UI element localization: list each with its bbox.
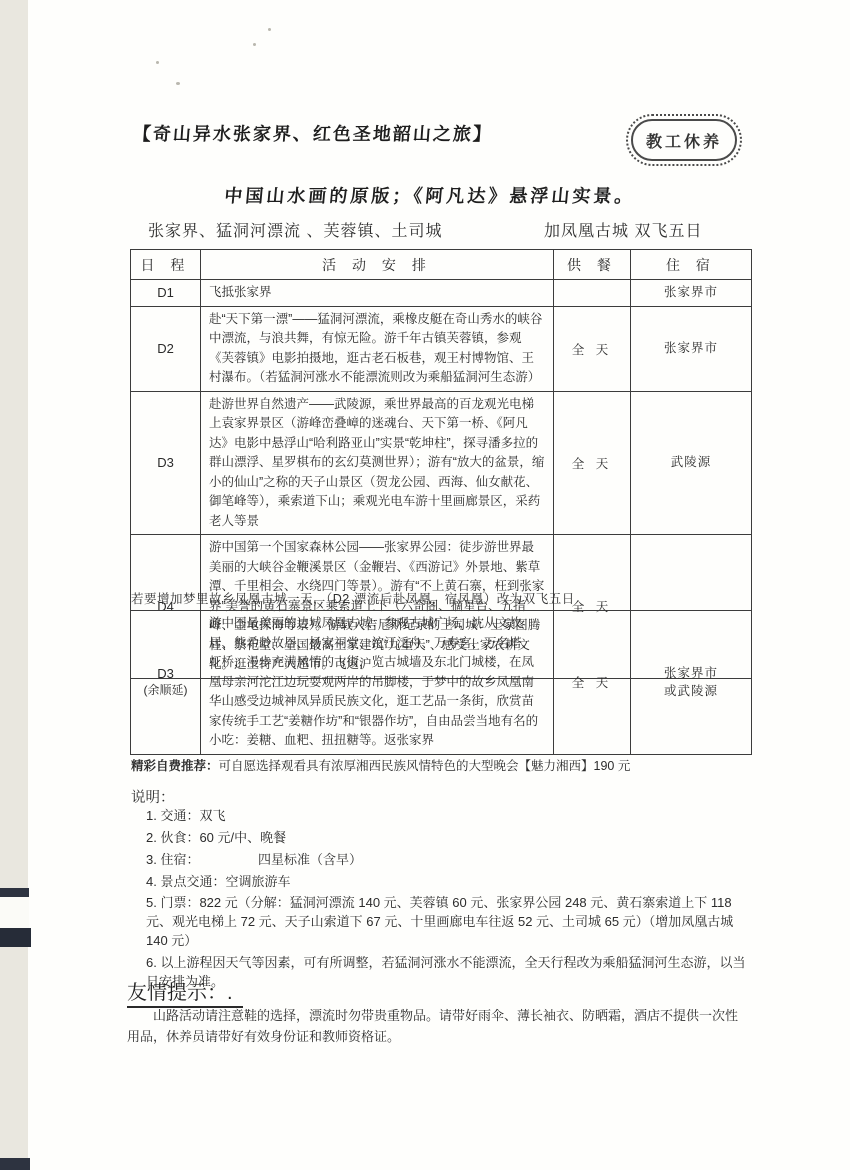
lodging-line: 张家界市 bbox=[664, 666, 718, 680]
route-summary-right: 加凤凰古城 双飞五日 bbox=[544, 218, 702, 241]
remark-item: 3. 住宿： 四星标准（含早） bbox=[146, 851, 754, 870]
scan-speck bbox=[156, 61, 159, 64]
extension-note: 若要增加梦里故乡凤凰古城一天，（D2 漂流后赴凤凰，宿凤凰）改为双飞五日 bbox=[131, 589, 575, 607]
tips-body: 山路活动请注意鞋的选择，漂流时勿带贵重物品。请带好雨伞、薄长袖衣、防晒霜，酒店不… bbox=[127, 1006, 745, 1048]
activity-cell: 飞抵张家界 bbox=[201, 280, 554, 307]
staff-retreat-stamp: 教工休养 bbox=[626, 114, 742, 166]
remark-item: 1. 交通：双飞 bbox=[146, 807, 754, 826]
optional-activity-text: 可自愿选择观看具有浓厚湘西民族风情特色的大型晚会【魅力湘西】190 元 bbox=[219, 759, 631, 773]
document-title: 【奇山异水张家界、红色圣地韶山之旅】 bbox=[132, 120, 494, 146]
table-row: D3 赴游世界自然遗产——武陵源，乘世界最高的百龙观光电梯上袁家界景区（游峰峦叠… bbox=[131, 391, 752, 535]
scan-artifact-band bbox=[0, 1158, 30, 1170]
day-cell: D3 (余顺延) bbox=[131, 611, 201, 755]
lodging-line: 或武陵源 bbox=[664, 684, 718, 698]
lodging-cell: 张家界市 bbox=[631, 306, 752, 391]
meals-cell bbox=[554, 280, 631, 307]
scan-artifact-band bbox=[0, 888, 29, 897]
route-summary-left: 张家界、猛洞河漂流 、芙蓉镇、土司城 bbox=[148, 218, 442, 241]
meals-cell: 全 天 bbox=[554, 306, 631, 391]
table-row: D1 飞抵张家界 张家界市 bbox=[131, 280, 752, 307]
activity-cell: 游中国最美丽的边城凤凰古城：参观古城广场，沈从文故居、熊希龄故居、杨家祠堂、沱江… bbox=[201, 611, 554, 755]
day-cell: D1 bbox=[131, 280, 201, 307]
lodging-cell: 张家界市 bbox=[631, 280, 752, 307]
day-cell: D2 bbox=[131, 306, 201, 391]
scanned-document-page: 【奇山异水张家界、红色圣地韶山之旅】 教工休养 中国山水画的原版；《阿凡达》悬浮… bbox=[0, 0, 850, 1170]
header-meals: 供 餐 bbox=[554, 250, 631, 280]
scan-speck bbox=[176, 82, 180, 85]
remark-item: 2. 伙食：60 元/中、晚餐 bbox=[146, 829, 754, 848]
document-subtitle: 中国山水画的原版；《阿凡达》悬浮山实景。 bbox=[159, 182, 701, 208]
day-label: D3 bbox=[157, 666, 174, 681]
header-activity: 活 动 安 排 bbox=[201, 250, 554, 280]
day-note: (余顺延) bbox=[131, 681, 200, 698]
scan-edge-strip bbox=[0, 0, 28, 1170]
meals-cell: 全 天 bbox=[554, 391, 631, 535]
remarks-list: 1. 交通：双飞 2. 伙食：60 元/中、晚餐 3. 住宿： 四星标准（含早）… bbox=[146, 807, 754, 995]
activity-cell: 赴“天下第一漂”——猛洞河漂流，乘橡皮艇在奇山秀水的峡谷中漂流，与浪共舞，有惊无… bbox=[201, 306, 554, 391]
itinerary-header-row: 日 程 活 动 安 排 供 餐 住 宿 bbox=[131, 250, 752, 280]
lodging-cell: 张家界市 或武陵源 bbox=[631, 611, 752, 755]
meals-cell: 全 天 bbox=[554, 611, 631, 755]
lodging-cell: 武陵源 bbox=[631, 391, 752, 535]
scan-speck bbox=[268, 28, 271, 31]
remark-item: 4. 景点交通：空调旅游车 bbox=[146, 873, 754, 892]
remarks-heading: 说明： bbox=[131, 786, 175, 807]
table-row: D2 赴“天下第一漂”——猛洞河漂流，乘橡皮艇在奇山秀水的峡谷中漂流，与浪共舞，… bbox=[131, 306, 752, 391]
stamp-label: 教工休养 bbox=[631, 119, 737, 161]
scan-artifact-band bbox=[0, 928, 31, 947]
scan-speck bbox=[253, 43, 256, 46]
scan-artifact-highlight bbox=[0, 897, 29, 928]
optional-activity-label: 精彩自费推荐： bbox=[131, 759, 219, 773]
day-cell: D3 bbox=[131, 391, 201, 535]
tips-heading: 友情提示：. bbox=[127, 976, 243, 1008]
activity-cell: 赴游世界自然遗产——武陵源，乘世界最高的百龙观光电梯上袁家界景区（游峰峦叠嶂的迷… bbox=[201, 391, 554, 535]
table-row: D3 (余顺延) 游中国最美丽的边城凤凰古城：参观古城广场，沈从文故居、熊希龄故… bbox=[131, 611, 752, 755]
optional-activity-line: 精彩自费推荐：可自愿选择观看具有浓厚湘西民族风情特色的大型晚会【魅力湘西】190… bbox=[131, 756, 761, 774]
header-lodging: 住 宿 bbox=[631, 250, 752, 280]
remark-item: 5. 门票：822 元（分解：猛洞河漂流 140 元、芙蓉镇 60 元、张家界公… bbox=[146, 894, 754, 951]
header-day: 日 程 bbox=[131, 250, 201, 280]
extension-table: D3 (余顺延) 游中国最美丽的边城凤凰古城：参观古城广场，沈从文故居、熊希龄故… bbox=[130, 610, 752, 755]
